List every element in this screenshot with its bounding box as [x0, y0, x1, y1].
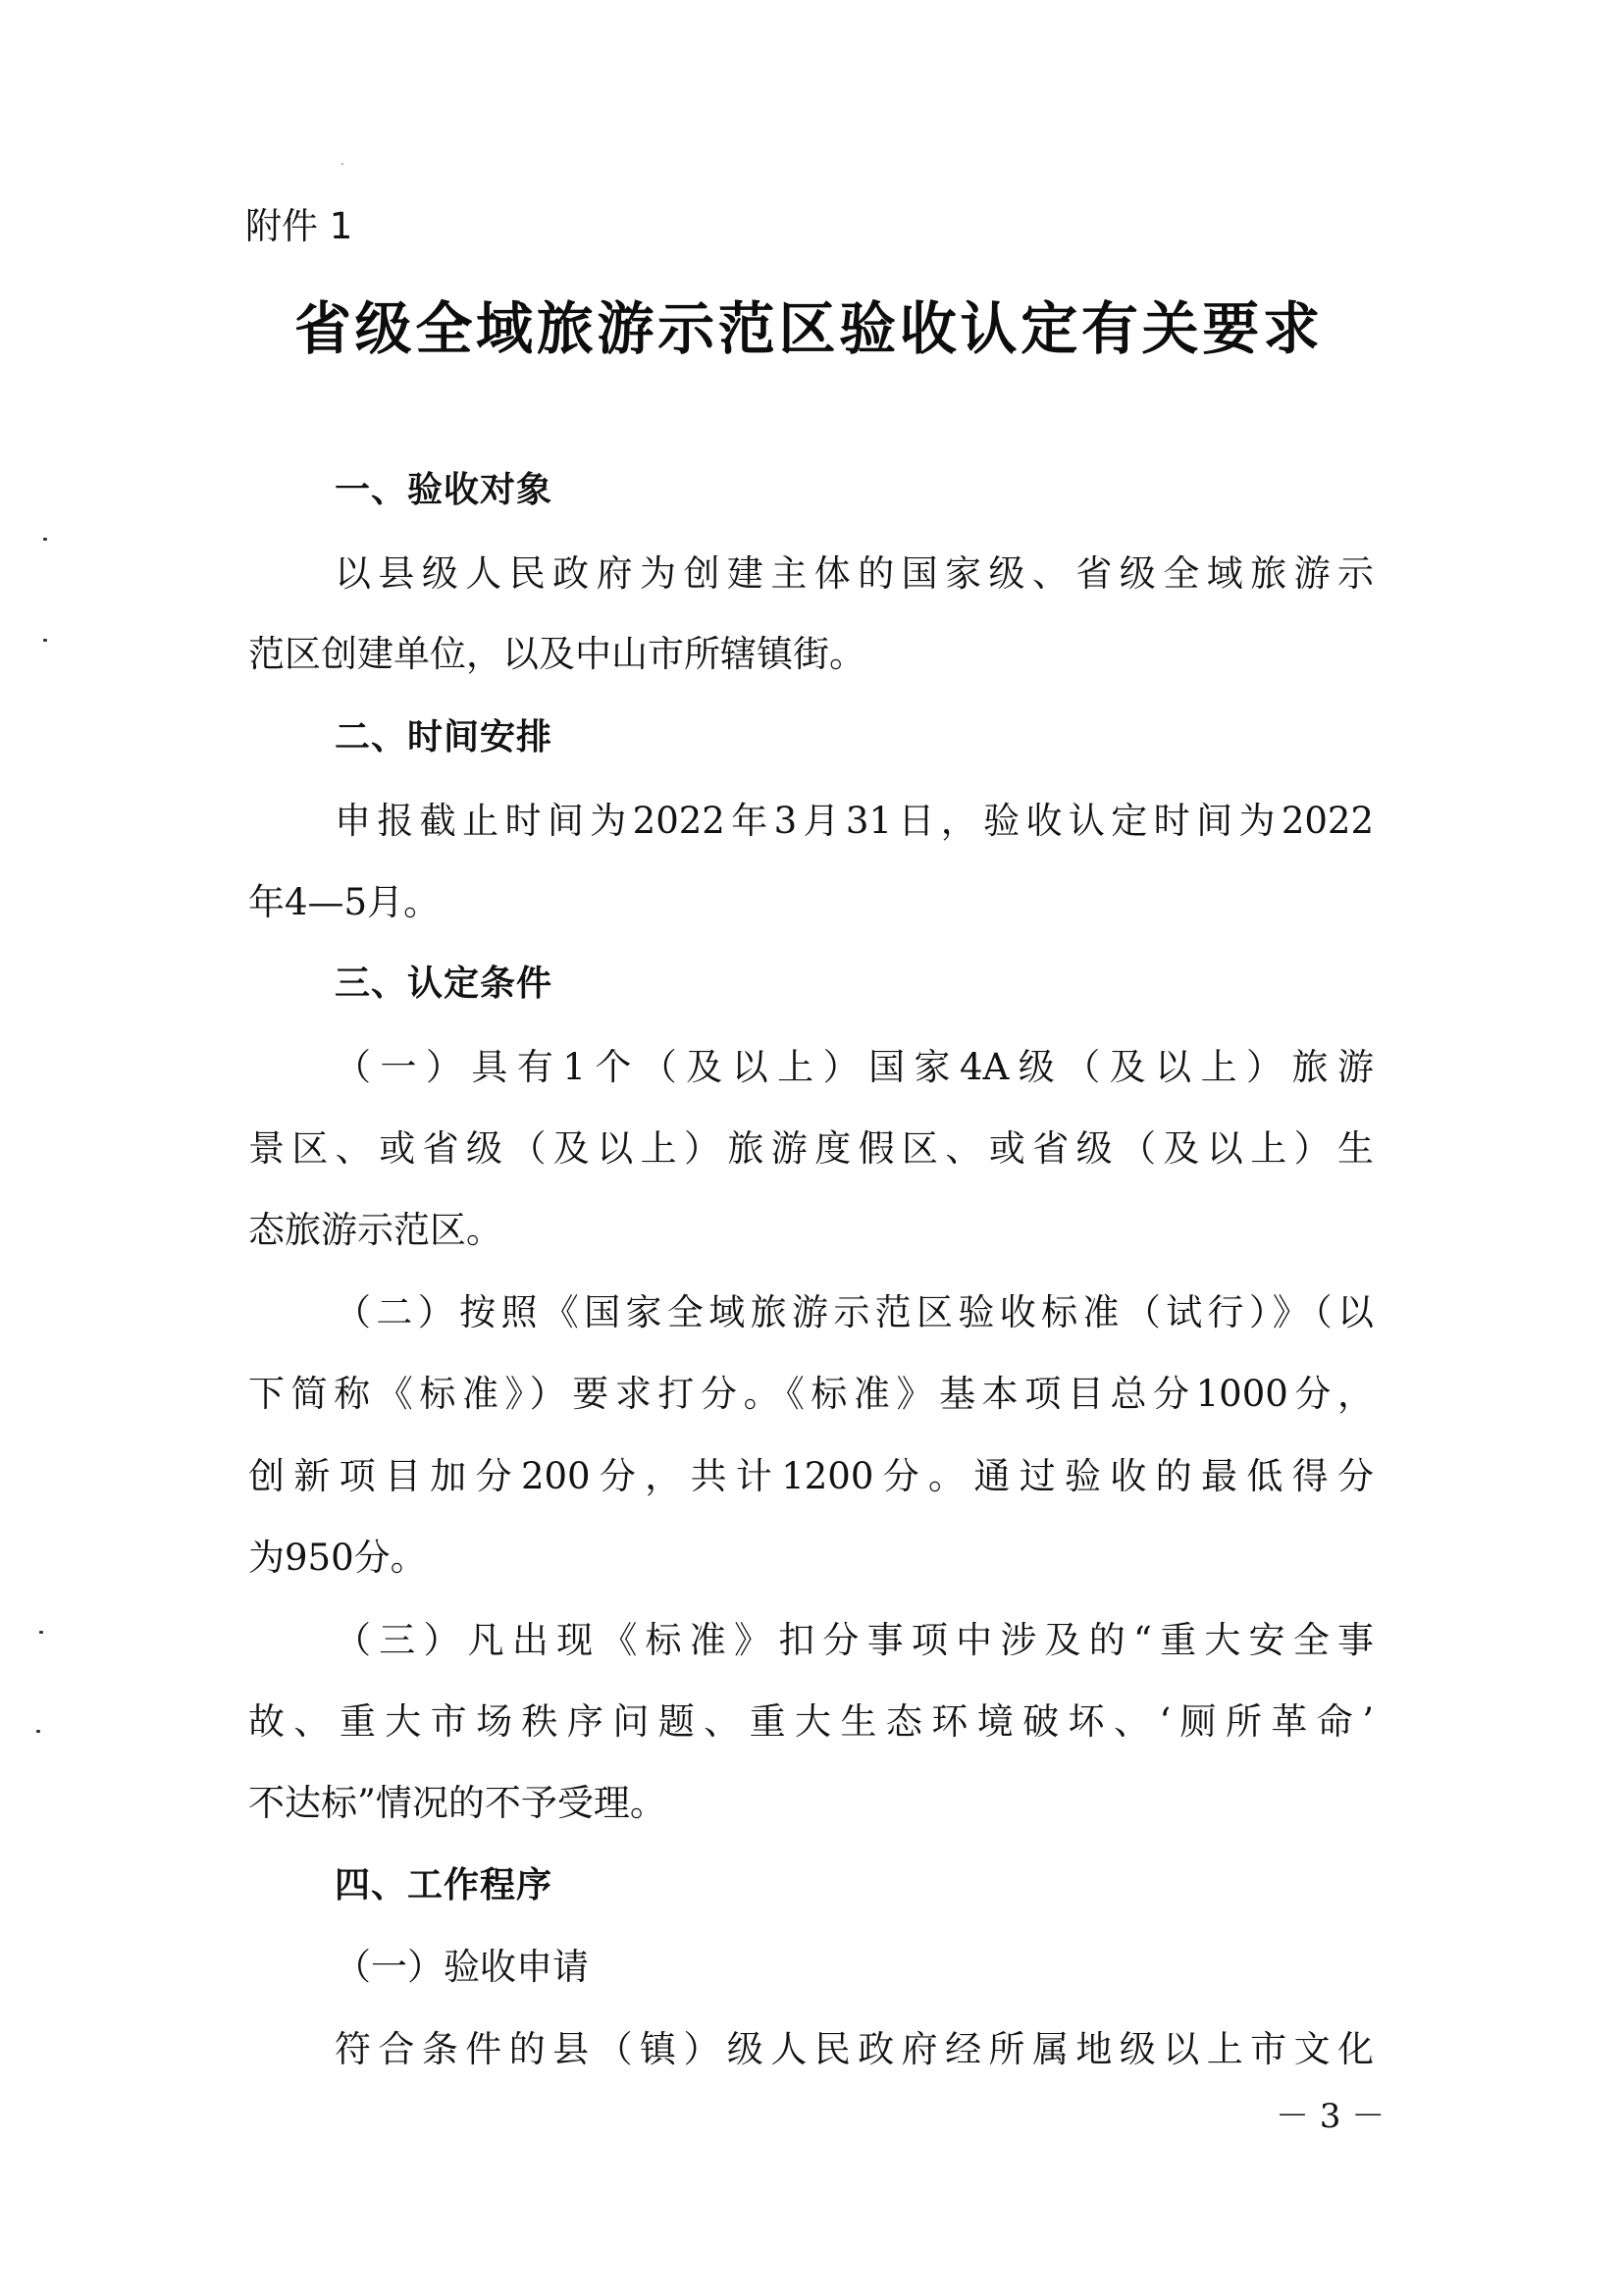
scan-speck [43, 639, 47, 642]
paragraph-line: 范区创建单位，以及中山市所辖镇街。 [248, 625, 1374, 684]
paragraph-line: 不达标”情况的不予受理。 [248, 1774, 1374, 1833]
paragraph-line: 以县级人民政府为创建主体的国家级、省级全域旅游示 [335, 545, 1374, 603]
section-heading: 二、时间安排 [335, 708, 1374, 767]
scan-speck [36, 1730, 40, 1733]
section-heading: 三、认定条件 [335, 955, 1374, 1014]
paragraph-line: （三）凡出现《标准》扣分事项中涉及的“重大安全事 [335, 1611, 1374, 1670]
scan-speck [43, 538, 47, 541]
paragraph-line: （二）按照《国家全域旅游示范区验收标准（试行）》（以 [335, 1283, 1374, 1342]
paragraph-line: 景区、或省级（及以上）旅游度假区、或省级（及以上）生 [248, 1120, 1374, 1178]
subsection-heading: （一）验收申请 [335, 1938, 1374, 1997]
document-page: 附件 1 省级全域旅游示范区验收认定有关要求 一、验收对象 以县级人民政府为创建… [0, 0, 1623, 2296]
section-heading: 一、验收对象 [335, 461, 1374, 520]
page-number: － 3 － [1276, 2093, 1378, 2140]
paragraph-line: （一）具有1个（及以上）国家4A级（及以上）旅游 [335, 1038, 1374, 1097]
paragraph-line: 下简称《标准》）要求打分。《标准》基本项目总分1000分， [248, 1365, 1374, 1424]
document-title: 省级全域旅游示范区验收认定有关要求 [294, 294, 1320, 363]
paragraph-line: 年4—5月。 [248, 873, 1374, 932]
paragraph-line: 为950分。 [248, 1529, 1374, 1588]
section-heading: 四、工作程序 [335, 1856, 1374, 1915]
paragraph-line: 申报截止时间为2022年3月31日，验收认定时间为2022 [335, 792, 1374, 851]
paragraph-line: 态旅游示范区。 [248, 1201, 1374, 1260]
scan-speck [341, 163, 343, 165]
paragraph-line: 故、重大市场秩序问题、重大生态环境破坏、‘厕所革命’ [248, 1693, 1374, 1751]
scan-speck [39, 1631, 43, 1634]
attachment-label: 附件 1 [245, 201, 352, 252]
paragraph-line: 符合条件的县（镇）级人民政府经所属地级以上市文化 [335, 2020, 1374, 2079]
paragraph-line: 创新项目加分200分，共计1200分。通过验收的最低得分 [248, 1447, 1374, 1506]
